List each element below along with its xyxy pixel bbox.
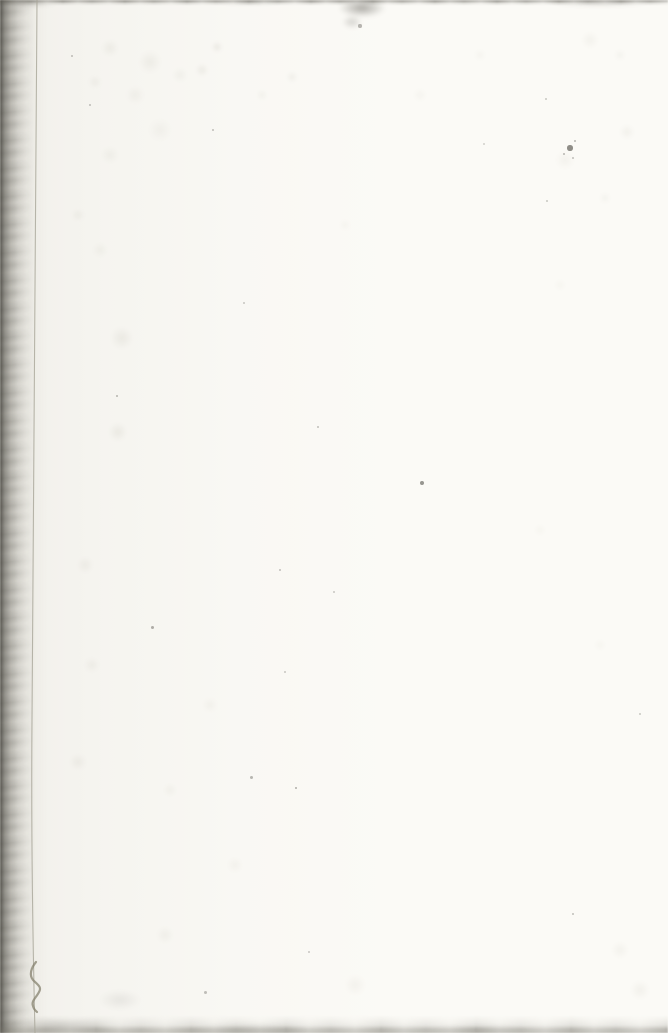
line-marks-overlay — [0, 0, 668, 1033]
scanned-blank-page — [0, 0, 668, 1033]
gutter-crease-line — [32, 0, 37, 1033]
ink-squiggle-mark — [31, 962, 40, 1012]
